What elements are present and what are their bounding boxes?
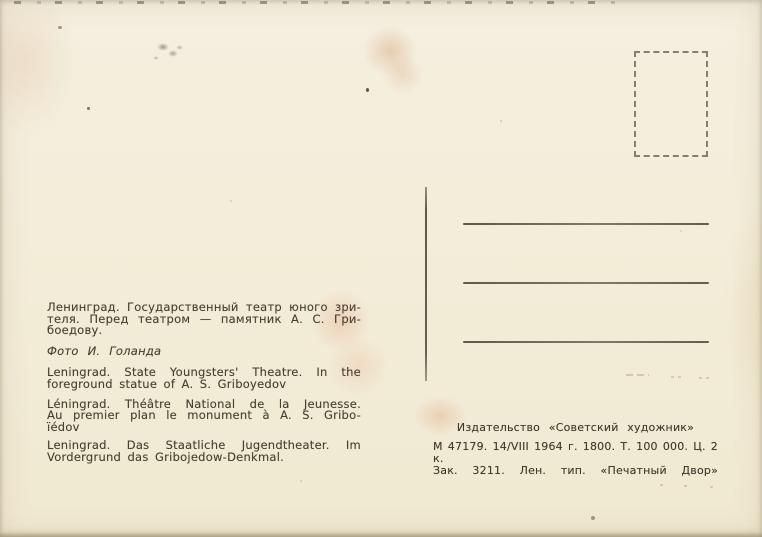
imprint-block: Издательство «Советский художник» М 4717… xyxy=(433,422,718,477)
paper-stain-right-edge xyxy=(722,200,762,420)
scan-edge-bottom xyxy=(0,532,762,537)
paper-stain-top-tail xyxy=(382,54,424,94)
caption-french-line: ïédov xyxy=(47,422,361,434)
ink-smudge xyxy=(153,56,159,60)
caption-german-line: Vordergrund das Gribojedow-Denkmal. xyxy=(47,452,361,464)
scan-edge-top xyxy=(14,1,624,4)
caption-russian-line: боедову. xyxy=(47,325,361,337)
faded-postal-marks xyxy=(671,376,682,378)
address-line-3 xyxy=(463,341,709,343)
publisher-name: Издательство «Советский художник» xyxy=(433,422,718,434)
printer-info: Зак. 3211. Лен. тип. «Печатный Двор» xyxy=(433,465,718,477)
dust-dot xyxy=(680,230,682,232)
stamp-box xyxy=(634,51,708,157)
address-line-1 xyxy=(463,223,709,225)
dust-dot xyxy=(230,200,232,202)
address-line-2 xyxy=(463,282,709,284)
photo-credit: Фото И. Голанда xyxy=(47,346,361,358)
dust-dot xyxy=(660,484,663,486)
dust-dot xyxy=(710,486,713,488)
caption-german: Leningrad. Das Staatliche Jugendtheater.… xyxy=(47,440,361,463)
edition-info: М 47179. 14/VIII 1964 г. 1800. Т. 100 00… xyxy=(433,441,718,465)
ink-smudge xyxy=(168,50,178,57)
paper-stain-corner xyxy=(0,0,76,136)
paper-stain-top xyxy=(363,26,417,76)
ink-smudge xyxy=(157,43,169,51)
caption-french: Léningrad. Théâtre National de la Jeunes… xyxy=(47,399,361,434)
caption-english-line: foreground statue of A. S. Griboyedov xyxy=(47,379,361,391)
postcard-back: Ленинград. Государственный театр юного з… xyxy=(0,0,762,537)
ink-speck xyxy=(591,516,595,520)
dust-dot xyxy=(300,480,302,482)
caption-russian: Ленинград. Государственный театр юного з… xyxy=(47,302,361,337)
ink-speck xyxy=(58,26,62,29)
faded-postal-marks xyxy=(626,374,649,376)
ink-speck xyxy=(87,107,90,110)
caption-french-line: Au premier plan le monument à A. S. Grib… xyxy=(47,410,361,422)
caption-block: Ленинград. Государственный театр юного з… xyxy=(47,302,361,464)
ink-speck xyxy=(366,88,369,92)
dust-dot xyxy=(684,485,687,487)
faded-postal-marks xyxy=(699,377,712,379)
message-address-divider-line xyxy=(425,187,427,381)
dust-dot xyxy=(500,120,502,122)
ink-smudge xyxy=(176,45,183,50)
caption-english: Leningrad. State Youngsters' Theatre. In… xyxy=(47,367,361,390)
